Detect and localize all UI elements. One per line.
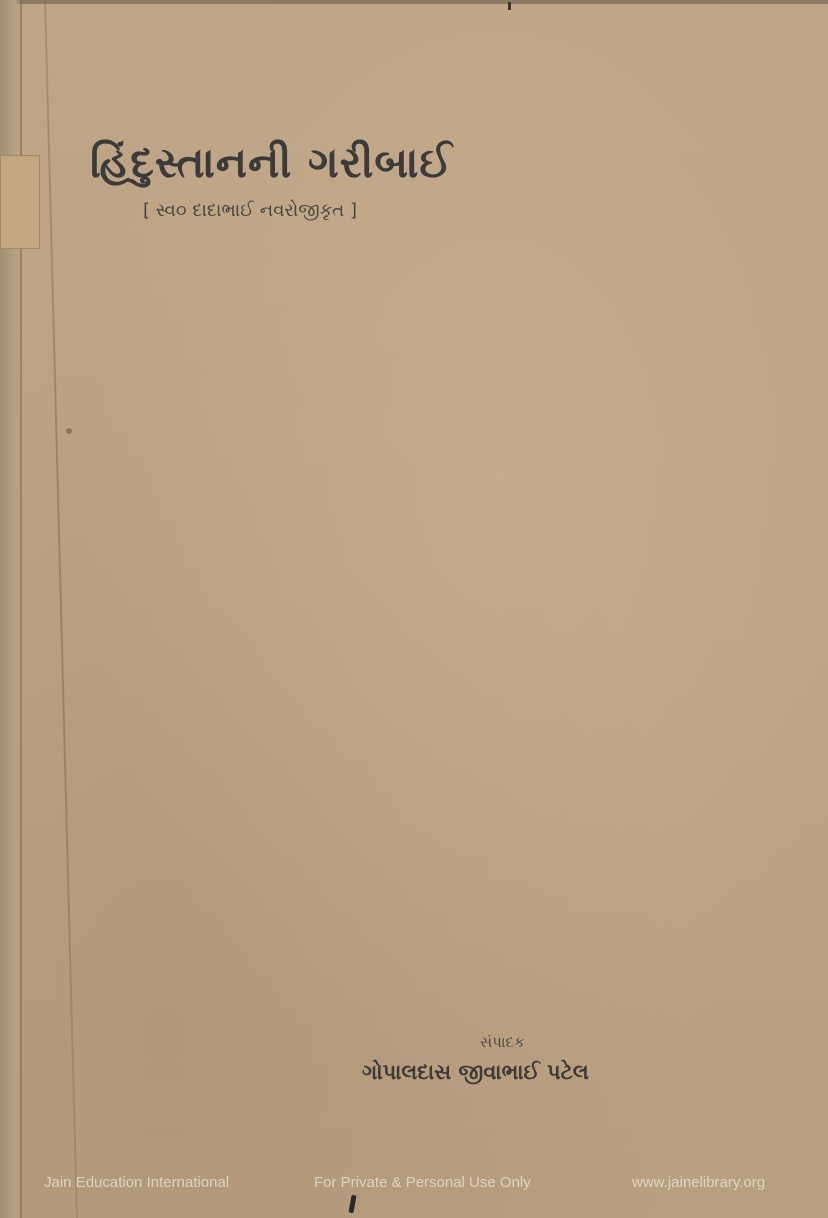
editor-label: સંપાદક: [480, 1033, 525, 1051]
footer-left-text: Jain Education International: [44, 1174, 229, 1191]
ink-mark: [508, 2, 511, 10]
watermark-footer: Jain Education International For Private…: [0, 1174, 828, 1196]
footer-center-text: For Private & Personal Use Only: [314, 1174, 531, 1191]
tape-patch: [0, 155, 40, 249]
ink-mark: [348, 1195, 356, 1214]
book-cover: હિંદુસ્તાનની ગરીબાઈ [ સ્વ૦ દાદાભાઈ નવરોજ…: [0, 0, 828, 1218]
book-subtitle: [ સ્વ૦ દાદાભાઈ નવરોજીકૃત ]: [143, 200, 357, 221]
fold-crease: [44, 0, 78, 1218]
footer-right-link[interactable]: www.jainelibrary.org: [632, 1174, 765, 1191]
top-edge: [0, 0, 828, 4]
editor-name: ગોપાલદાસ જીવાભાઈ પટેલ: [362, 1060, 589, 1085]
stain-spot: [66, 428, 72, 434]
book-title: હિંદુસ્તાનની ગરીબાઈ: [90, 138, 453, 188]
